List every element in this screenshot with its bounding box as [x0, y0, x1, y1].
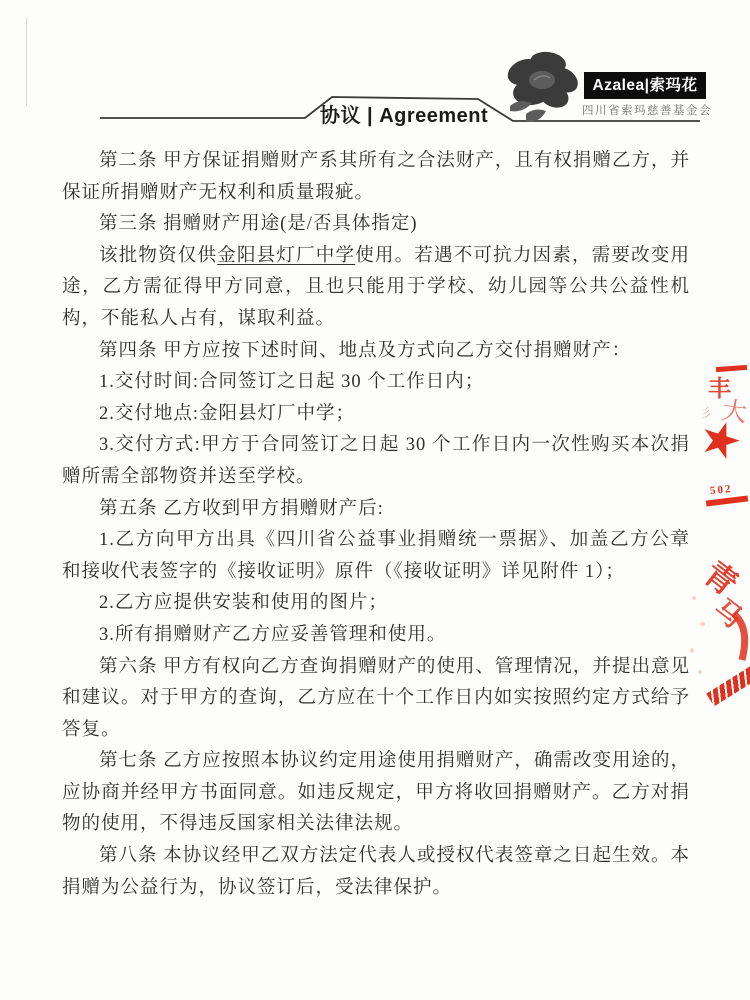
clause-paragraph: 第六条 甲方有权向乙方查询捐赠财产的使用、管理情况，并提出意见和建议。对于甲方的…	[62, 652, 690, 747]
stamp-number: 502	[709, 483, 733, 497]
stamp-character-mark: 马	[707, 588, 750, 635]
stamp-speck	[692, 596, 696, 600]
clause-paragraph: 1.乙方向甲方出具《四川省公益事业捐赠统一票据》、加盖乙方公章和接收代表签字的《…	[62, 525, 690, 588]
clause-paragraph: 第三条 捐赠财产用途(是/否具体指定)	[62, 209, 690, 241]
clause-paragraph: 第四条 甲方应按下述时间、地点及方式向乙方交付捐赠财产：	[62, 336, 690, 368]
stamp-character-mark: 丰	[708, 370, 731, 403]
clause-paragraph: 3.所有捐赠财产乙方应妥善管理和使用。	[62, 620, 690, 652]
clause-text: 1.乙方向甲方出具《四川省公益事业捐赠统一票据》、加盖乙方公章和接收代表签字的《…	[62, 530, 690, 582]
stamp-speck	[698, 670, 702, 674]
clause-text: 1.交付时间:合同签订之日起 30 个工作日内；	[99, 372, 484, 392]
stamp-bar	[716, 365, 747, 372]
underlined-school-name: 金阳县灯厂中学	[217, 246, 355, 266]
clause-paragraph: 第五条 乙方收到甲方捐赠财产后:	[62, 494, 690, 526]
clause-paragraph: 2.乙方应提供安装和使用的图片；	[62, 588, 690, 620]
clause-text: 第八条 本协议经甲乙双方法定代表人或授权代表签章之日起生效。本捐赠为公益行为，协…	[62, 846, 690, 898]
clause-text: 3.所有捐赠财产乙方应妥善管理和使用。	[99, 625, 446, 645]
scanned-agreement-page: 协议 | Agreement Azalea|索玛花 四川省索玛慈善基金会 第二条…	[0, 0, 750, 1000]
clause-paragraph: 第二条 甲方保证捐赠财产系其所有之合法财产，且有权捐赠乙方，并保证所捐赠财产无权…	[62, 146, 690, 209]
foundation-logo: Azalea|索玛花 四川省索玛慈善基金会	[492, 50, 707, 125]
logo-org-name: 四川省索玛慈善基金会	[582, 102, 708, 118]
clause-text: 该批物资仅供	[99, 246, 217, 266]
clause-text: 第五条 乙方收到甲方捐赠财产后:	[99, 499, 384, 519]
stamp-speck	[700, 622, 705, 626]
stamp-speck	[690, 648, 694, 653]
banner-title: 协议 | Agreement	[320, 99, 490, 128]
logo-brand-plate: Azalea|索玛花	[584, 72, 706, 99]
clause-paragraph: 第七条 乙方应按照本协议约定用途使用捐赠财产，确需改变用途的，应协商并经甲方书面…	[62, 746, 690, 841]
clause-paragraph: 1.交付时间:合同签订之日起 30 个工作日内；	[62, 367, 690, 399]
clause-text: 第六条 甲方有权向乙方查询捐赠财产的使用、管理情况，并提出意见和建议。对于甲方的…	[62, 657, 690, 740]
clause-text: 第四条 甲方应按下述时间、地点及方式向乙方交付捐赠财产：	[99, 341, 631, 361]
clause-text: 2.交付地点:金阳县灯厂中学；	[99, 404, 355, 424]
stamp-character-mark: 青	[695, 549, 749, 605]
clause-text: 第七条 乙方应按照本协议约定用途使用捐赠财产，确需改变用途的，应协商并经甲方书面…	[62, 751, 690, 834]
clause-paragraph: 该批物资仅供金阳县灯厂中学使用。若遇不可抗力因素，需要改变用途，乙方需征得甲方同…	[62, 241, 690, 336]
stamp-seal-arc	[684, 552, 750, 718]
clause-text: 2.乙方应提供安装和使用的图片；	[99, 593, 388, 613]
stamp-character-mark: 大	[720, 390, 750, 429]
stamp-star-icon: ★	[691, 407, 749, 474]
red-stamp-fragment-upper: 丰 大 彡 ★ 502	[698, 358, 750, 514]
clause-paragraph: 第八条 本协议经甲乙双方法定代表人或授权代表签章之日起生效。本捐赠为公益行为，协…	[62, 841, 690, 904]
stamp-bar	[706, 495, 748, 506]
clause-text: 第三条 捐赠财产用途(是/否具体指定)	[99, 214, 418, 234]
stamp-striped-bar	[706, 665, 750, 707]
clause-paragraph: 3.交付方式:甲方于合同签订之日起 30 个工作日内一次性购买本次捐赠所需全部物…	[62, 430, 690, 493]
agreement-body: 第二条 甲方保证捐赠财产系其所有之合法财产，且有权捐赠乙方，并保证所捐赠财产无权…	[62, 146, 690, 904]
stamp-character-mark: 彡	[700, 404, 712, 421]
azalea-flower-icon	[492, 50, 596, 128]
clause-text: 第二条 甲方保证捐赠财产系其所有之合法财产，且有权捐赠乙方，并保证所捐赠财产无权…	[62, 151, 690, 203]
clause-paragraph: 2.交付地点:金阳县灯厂中学；	[62, 399, 690, 431]
clause-text: 3.交付方式:甲方于合同签订之日起 30 个工作日内一次性购买本次捐赠所需全部物…	[62, 435, 690, 487]
red-stamp-fragment-lower: 青 马	[684, 552, 750, 718]
